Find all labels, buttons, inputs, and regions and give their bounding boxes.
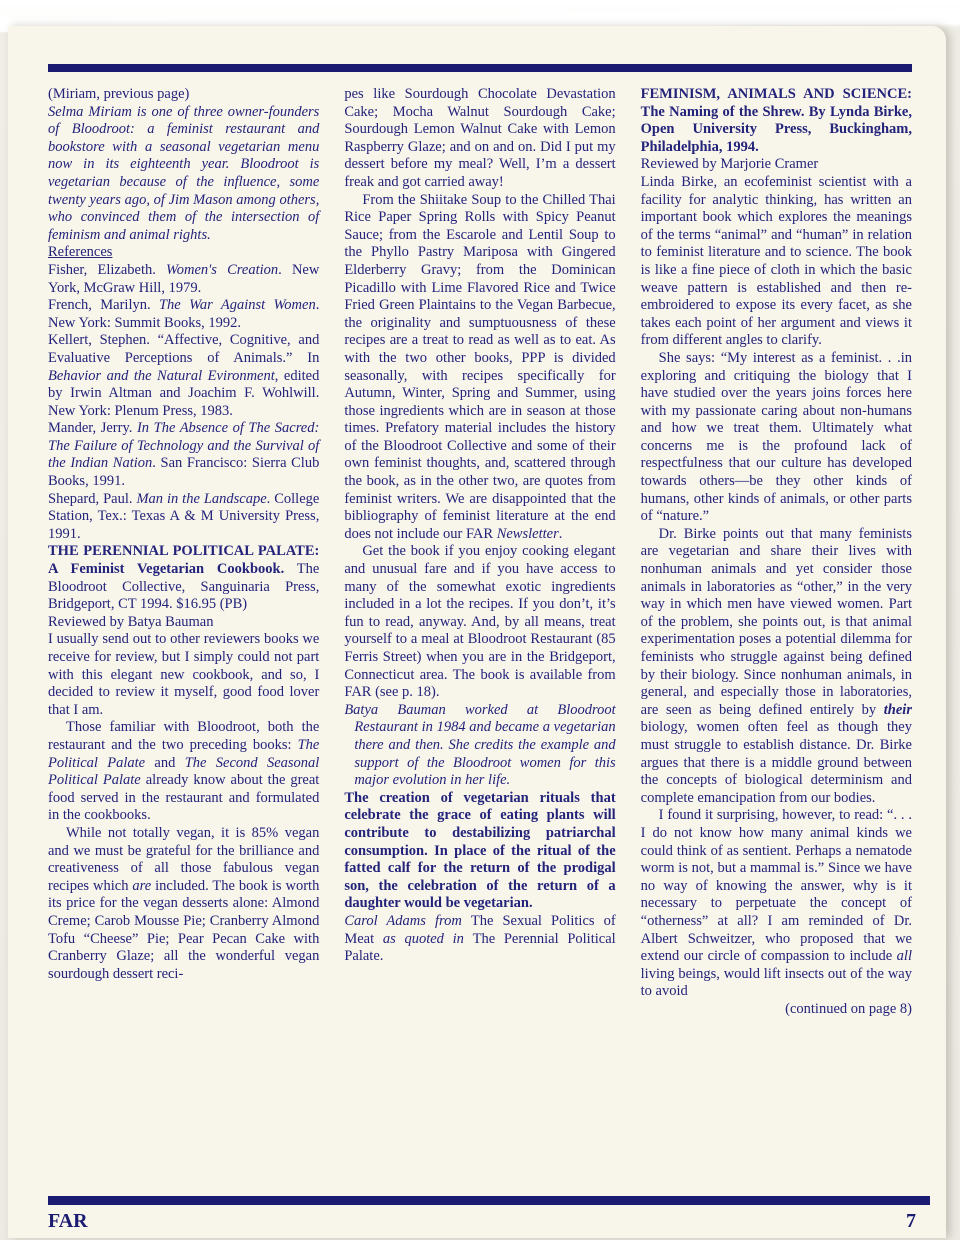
page-number: 7 xyxy=(906,1210,916,1233)
body-paragraph: I usually send out to other reviewers bo… xyxy=(48,631,319,719)
text-segment: Newsletter xyxy=(497,526,559,542)
body-paragraph: While not totally vegan, it is 85% vegan… xyxy=(48,825,319,983)
footer-rule xyxy=(48,1196,930,1205)
text-segment: From the Shiitake Soup to the Chilled Th… xyxy=(344,192,615,542)
reviewer-byline-bauman: Reviewed by Batya Bauman xyxy=(48,614,319,632)
reference-item: French, Marilyn. The War Against Women. … xyxy=(48,297,319,332)
text-segment: I found it surprising, however, to read:… xyxy=(641,807,912,964)
text-segment: and xyxy=(145,755,185,771)
carryover-note: (Miriam, previous page) xyxy=(48,86,319,104)
reviewer-byline-cramer: Reviewed by Marjorie Cramer xyxy=(641,156,912,174)
text-segment: French, Marilyn. xyxy=(48,297,159,313)
text-segment: Those familiar with Bloodroot, both the … xyxy=(48,719,319,753)
column-middle: pes like Sourdough Chocolate Devastation… xyxy=(344,86,615,1168)
text-segment: THE PERENNIAL POLITICAL PALATE: A Femini… xyxy=(48,543,319,577)
text-segment: Dr. Birke points out that many feminists… xyxy=(641,526,912,718)
body-paragraph: From the Shiitake Soup to the Chilled Th… xyxy=(344,192,615,544)
quote-attribution: Carol Adams from The Sexual Politics of … xyxy=(344,913,615,966)
text-segment: their xyxy=(884,702,912,718)
continued-note: (continued on page 8) xyxy=(641,1001,912,1019)
text-segment: as quoted in xyxy=(383,931,473,947)
newsletter-brand: FAR xyxy=(48,1210,88,1233)
text-segment: Man in the Landscape xyxy=(136,491,266,507)
text-segment: Behavior and the Natural Evironment xyxy=(48,368,275,384)
three-column-layout: (Miriam, previous page) Selma Miriam is … xyxy=(48,86,912,1168)
text-segment: are xyxy=(132,878,151,894)
text-segment: Fisher, Elizabeth. xyxy=(48,262,166,278)
body-paragraph: pes like Sourdough Chocolate Devastation… xyxy=(344,86,615,192)
text-segment: The War Against Women xyxy=(159,297,316,313)
reference-item: Mander, Jerry. In The Absence of The Sac… xyxy=(48,420,319,490)
text-segment: Shepard, Paul. xyxy=(48,491,136,507)
text-segment: biology, women often feel as though they… xyxy=(641,719,912,805)
body-paragraph: I found it surprising, however, to read:… xyxy=(641,807,912,1001)
text-segment: living beings, would lift insects out of… xyxy=(641,966,912,1000)
text-segment: Women's Creation xyxy=(166,262,278,278)
body-paragraph: Dr. Birke points out that many feminists… xyxy=(641,526,912,808)
page-footer: FAR 7 xyxy=(48,1196,930,1233)
body-paragraph: Those familiar with Bloodroot, both the … xyxy=(48,719,319,825)
body-paragraph: Linda Birke, an ecofeminist scientist wi… xyxy=(641,174,912,350)
reference-item: Fisher, Elizabeth. Women's Creation. New… xyxy=(48,262,319,297)
reference-item: Kellert, Stephen. “Affective, Cognitive,… xyxy=(48,332,319,420)
reference-item: Shepard, Paul. Man in the Landscape. Col… xyxy=(48,491,319,544)
references-heading: References xyxy=(48,244,319,262)
book-title-feminism-animals-science: FEMINISM, ANIMALS AND SCIENCE: The Namin… xyxy=(641,86,912,156)
column-left: (Miriam, previous page) Selma Miriam is … xyxy=(48,86,319,1168)
text-segment: Mander, Jerry. xyxy=(48,420,137,436)
footer-row: FAR 7 xyxy=(48,1210,930,1233)
body-paragraph: She says: “My interest as a feminist. . … xyxy=(641,350,912,526)
newsletter-page: (Miriam, previous page) Selma Miriam is … xyxy=(8,26,946,1238)
text-segment: all xyxy=(897,948,912,964)
text-segment: . xyxy=(559,526,563,542)
book-title-perennial-political-palate: THE PERENNIAL POLITICAL PALATE: A Femini… xyxy=(48,543,319,613)
pull-quote-carol-adams: The creation of vegetarian rituals that … xyxy=(344,790,615,913)
column-right: FEMINISM, ANIMALS AND SCIENCE: The Namin… xyxy=(641,86,912,1168)
top-rule xyxy=(48,64,912,72)
text-segment: Carol Adams from xyxy=(344,913,471,929)
body-paragraph: Get the book if you enjoy cooking elegan… xyxy=(344,543,615,701)
reviewer-bio-bauman: Batya Bauman worked at Bloodroot Restaur… xyxy=(344,702,615,790)
text-segment: Kellert, Stephen. “Affective, Cognitive,… xyxy=(48,332,319,366)
author-bio-miriam: Selma Miriam is one of three owner-found… xyxy=(48,104,319,245)
